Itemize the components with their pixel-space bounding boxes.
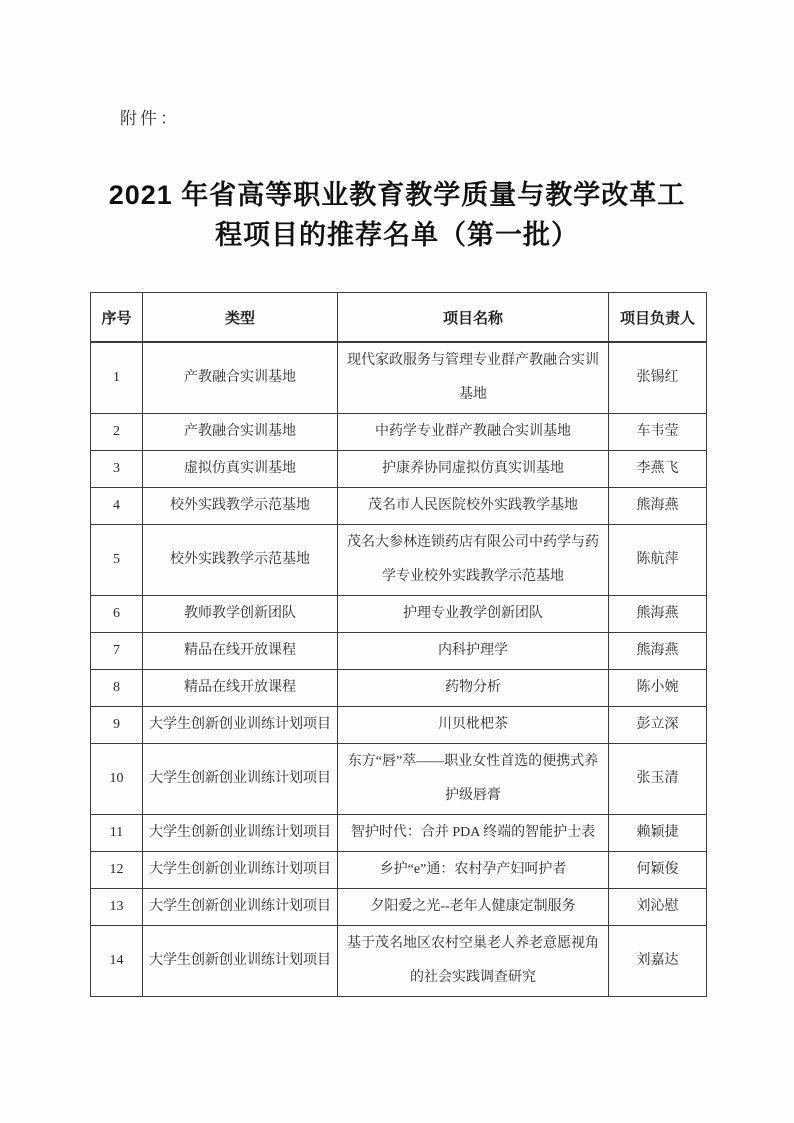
project-leader-cell: 熊海燕	[609, 488, 707, 525]
table-row: 12大学生创新创业训练计划项目乡护“e”通：农村孕产妇呵护者何颖俊	[91, 852, 707, 889]
project-name-cell: 茂名大参林连锁药店有限公司中药学与药学专业校外实践教学示范基地	[338, 525, 609, 596]
project-leader-cell: 张锡红	[609, 342, 707, 414]
row-number-cell: 11	[91, 815, 143, 852]
table-row: 3虚拟仿真实训基地护康养协同虚拟仿真实训基地李燕飞	[91, 451, 707, 488]
table-row: 8精品在线开放课程药物分析陈小婉	[91, 670, 707, 707]
table-row: 10大学生创新创业训练计划项目东方“唇”萃——职业女性首选的便携式养护级唇膏张玉…	[91, 744, 707, 815]
project-name-cell: 茂名市人民医院校外实践教学基地	[338, 488, 609, 525]
row-number-cell: 12	[91, 852, 143, 889]
row-number-cell: 13	[91, 889, 143, 926]
project-leader-cell: 李燕飞	[609, 451, 707, 488]
project-name-cell: 智护时代：合并 PDA 终端的智能护士表	[338, 815, 609, 852]
project-name-cell: 乡护“e”通：农村孕产妇呵护者	[338, 852, 609, 889]
document-title: 2021 年省高等职业教育教学质量与教学改革工 程项目的推荐名单（第一批）	[60, 175, 734, 255]
project-type-cell: 精品在线开放课程	[143, 633, 338, 670]
row-number-cell: 1	[91, 342, 143, 414]
column-header-leader: 项目负责人	[609, 293, 707, 343]
project-type-cell: 校外实践教学示范基地	[143, 488, 338, 525]
project-type-cell: 精品在线开放课程	[143, 670, 338, 707]
document-page: 附件： 2021 年省高等职业教育教学质量与教学改革工 程项目的推荐名单（第一批…	[0, 0, 794, 1123]
project-name-cell: 内科护理学	[338, 633, 609, 670]
table-row: 14大学生创新创业训练计划项目基于茂名地区农村空巢老人养老意愿视角的社会实践调查…	[91, 926, 707, 997]
column-header-no: 序号	[91, 293, 143, 343]
project-type-cell: 大学生创新创业训练计划项目	[143, 926, 338, 997]
row-number-cell: 3	[91, 451, 143, 488]
project-name-cell: 药物分析	[338, 670, 609, 707]
row-number-cell: 10	[91, 744, 143, 815]
table-row: 6教师教学创新团队护理专业教学创新团队熊海燕	[91, 596, 707, 633]
table-header-row: 序号 类型 项目名称 项目负责人	[91, 293, 707, 343]
project-type-cell: 产教融合实训基地	[143, 342, 338, 414]
project-type-cell: 大学生创新创业训练计划项目	[143, 815, 338, 852]
row-number-cell: 14	[91, 926, 143, 997]
project-name-cell: 中药学专业群产教融合实训基地	[338, 414, 609, 451]
project-type-cell: 教师教学创新团队	[143, 596, 338, 633]
row-number-cell: 7	[91, 633, 143, 670]
project-name-cell: 基于茂名地区农村空巢老人养老意愿视角的社会实践调查研究	[338, 926, 609, 997]
column-header-project-name: 项目名称	[338, 293, 609, 343]
row-number-cell: 8	[91, 670, 143, 707]
project-name-cell: 川贝枇杷茶	[338, 707, 609, 744]
table-body: 1产教融合实训基地现代家政服务与管理专业群产教融合实训基地张锡红2产教融合实训基…	[91, 342, 707, 997]
column-header-type: 类型	[143, 293, 338, 343]
project-name-cell: 东方“唇”萃——职业女性首选的便携式养护级唇膏	[338, 744, 609, 815]
row-number-cell: 2	[91, 414, 143, 451]
project-name-cell: 护康养协同虚拟仿真实训基地	[338, 451, 609, 488]
attachment-label: 附件：	[120, 104, 180, 129]
table-row: 2产教融合实训基地中药学专业群产教融合实训基地车韦莹	[91, 414, 707, 451]
table-row: 9大学生创新创业训练计划项目川贝枇杷茶彭立深	[91, 707, 707, 744]
row-number-cell: 9	[91, 707, 143, 744]
row-number-cell: 6	[91, 596, 143, 633]
project-name-cell: 夕阳爱之光--老年人健康定制服务	[338, 889, 609, 926]
project-type-cell: 大学生创新创业训练计划项目	[143, 707, 338, 744]
table-row: 13大学生创新创业训练计划项目夕阳爱之光--老年人健康定制服务刘沁慰	[91, 889, 707, 926]
project-leader-cell: 车韦莹	[609, 414, 707, 451]
document-title-line-2: 程项目的推荐名单（第一批）	[215, 220, 579, 250]
project-leader-cell: 陈航萍	[609, 525, 707, 596]
project-leader-cell: 熊海燕	[609, 633, 707, 670]
project-leader-cell: 何颖俊	[609, 852, 707, 889]
table-row: 7精品在线开放课程内科护理学熊海燕	[91, 633, 707, 670]
table-row: 5校外实践教学示范基地茂名大参林连锁药店有限公司中药学与药学专业校外实践教学示范…	[91, 525, 707, 596]
row-number-cell: 5	[91, 525, 143, 596]
project-type-cell: 大学生创新创业训练计划项目	[143, 852, 338, 889]
project-type-cell: 大学生创新创业训练计划项目	[143, 889, 338, 926]
project-name-cell: 现代家政服务与管理专业群产教融合实训基地	[338, 342, 609, 414]
table-row: 4校外实践教学示范基地茂名市人民医院校外实践教学基地熊海燕	[91, 488, 707, 525]
project-leader-cell: 刘沁慰	[609, 889, 707, 926]
project-leader-cell: 张玉清	[609, 744, 707, 815]
project-type-cell: 校外实践教学示范基地	[143, 525, 338, 596]
project-type-cell: 大学生创新创业训练计划项目	[143, 744, 338, 815]
project-leader-cell: 彭立深	[609, 707, 707, 744]
table-row: 1产教融合实训基地现代家政服务与管理专业群产教融合实训基地张锡红	[91, 342, 707, 414]
project-name-cell: 护理专业教学创新团队	[338, 596, 609, 633]
project-type-cell: 产教融合实训基地	[143, 414, 338, 451]
project-leader-cell: 刘嘉达	[609, 926, 707, 997]
table-row: 11大学生创新创业训练计划项目智护时代：合并 PDA 终端的智能护士表赖颖捷	[91, 815, 707, 852]
projects-table: 序号 类型 项目名称 项目负责人 1产教融合实训基地现代家政服务与管理专业群产教…	[90, 292, 707, 997]
project-leader-cell: 赖颖捷	[609, 815, 707, 852]
row-number-cell: 4	[91, 488, 143, 525]
project-type-cell: 虚拟仿真实训基地	[143, 451, 338, 488]
project-leader-cell: 陈小婉	[609, 670, 707, 707]
project-leader-cell: 熊海燕	[609, 596, 707, 633]
document-title-line-1: 2021 年省高等职业教育教学质量与教学改革工	[109, 180, 686, 210]
